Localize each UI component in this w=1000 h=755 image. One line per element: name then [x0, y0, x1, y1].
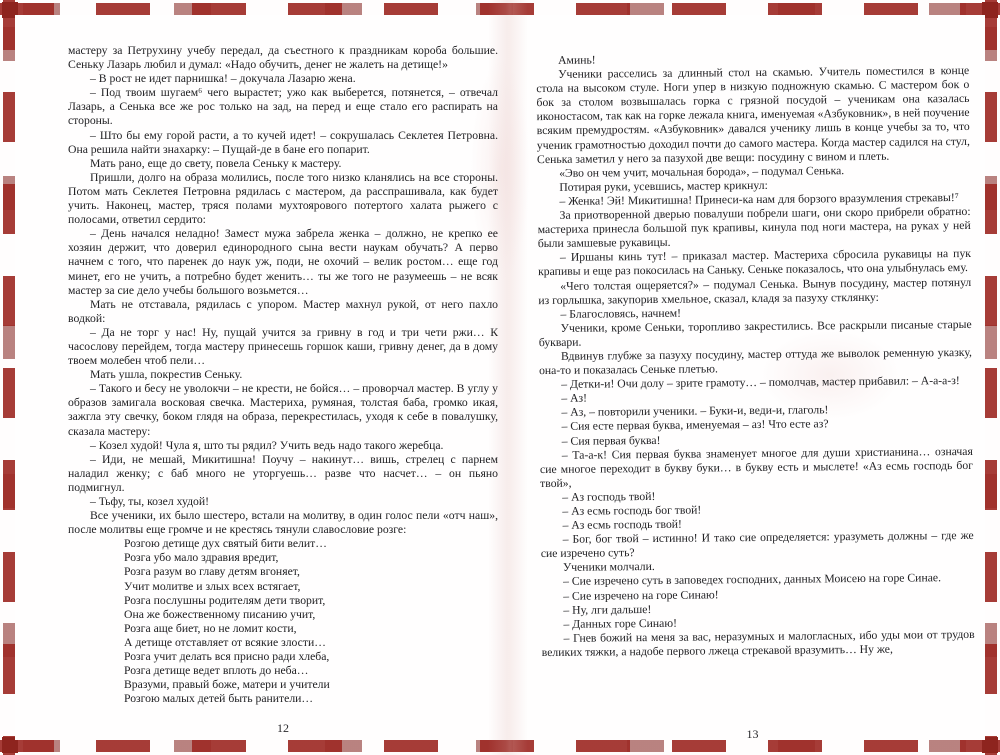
verse-line: Розга послушны родителям дети творит,	[68, 594, 498, 608]
page-left-text: мастеру за Петрухину учебу передал, да с…	[68, 44, 498, 537]
paragraph: Вдвинув глубже за пазуху посудину, масте…	[539, 346, 972, 378]
verse-line: Учит молитве и злых всех встягает,	[68, 580, 498, 594]
ornamental-border-top	[0, 3, 1000, 15]
paragraph: – Иди, не мешай, Микитишна! Поучу – наки…	[68, 453, 498, 495]
paragraph: – Да не торг у нас! Ну, пущай учится за …	[68, 326, 498, 368]
verse-line: Она же божественному писанию учит,	[68, 608, 498, 622]
paragraph: – Иршаны кинь тут! – приказал мастер. Ма…	[538, 247, 971, 279]
paragraph: – Под твоим шугаем⁶ чего вырастет; ужо к…	[68, 86, 498, 128]
page-number-left: 12	[68, 721, 498, 736]
paragraph: За приотворенной дверью повалуши побрели…	[537, 205, 970, 251]
verse-line: Розга убо мало здравия вредит,	[68, 551, 498, 565]
verse-line: Розгою малых детей быть ранители…	[68, 692, 498, 706]
paragraph: – Гнев божий на меня за вас, неразумных …	[542, 628, 975, 660]
verse-line: Розга аще биет, но не ломит кости,	[68, 622, 498, 636]
paragraph: Ученики, кроме Сеньки, торопливо закрест…	[539, 318, 972, 350]
verse-line: Розга разум во главу детям вгоняет,	[68, 565, 498, 579]
paragraph: Мать рано, еще до свету, повела Сеньку к…	[68, 157, 498, 171]
page-right: Аминь!Ученики расселись за длинный стол …	[536, 50, 975, 660]
page-left: мастеру за Петрухину учебу передал, да с…	[68, 44, 498, 706]
paragraph: – Та-а-к! Сия первая буква знаменует мно…	[540, 445, 973, 491]
paragraph: Все ученики, их было шестеро, встали на …	[68, 509, 498, 537]
ornamental-border-left	[3, 0, 15, 755]
paragraph: – В рост не идет парнишка! – докучала Ла…	[68, 72, 498, 86]
paragraph: «Чего толстая ощеряется?» – подумал Сень…	[538, 275, 971, 307]
book-scan: { "decor": { "border_color": "#9e2b26", …	[0, 0, 1000, 755]
paragraph: мастеру за Петрухину учебу передал, да с…	[68, 44, 498, 72]
verse-line: А детище отставляет от всякие злости…	[68, 636, 498, 650]
paragraph: Мать не отставала, рядилась с упором. Ма…	[68, 298, 498, 326]
verse-line: Розгою детище дух святый бити велит…	[68, 537, 498, 551]
paragraph: – Козел худой! Чула я, што ты рядил? Учи…	[68, 439, 498, 453]
paragraph: – Такого и бесу не уволокчи – не крести,…	[68, 382, 498, 438]
paragraph: – Тьфу, ты, козел худой!	[68, 495, 498, 509]
paragraph: – Бог, бог твой – истинно! И тако сие оп…	[541, 529, 974, 561]
paragraph: Ученики расселись за длинный стол на ска…	[536, 64, 970, 167]
ornamental-border-right	[985, 0, 997, 755]
verse-line: Розга детище ведет вплоть до неба…	[68, 664, 498, 678]
paragraph: – Што бы ему горой расти, а то кучей иде…	[68, 129, 498, 157]
page-number-right: 13	[536, 727, 969, 742]
rod-verse: Розгою детище дух святый бити велит…Розг…	[68, 537, 498, 706]
page-right-text: Аминь!Ученики расселись за длинный стол …	[536, 50, 975, 660]
paragraph: – День начался неладно! Замест мужа забр…	[68, 227, 498, 297]
paragraph: Пришли, долго на образа молились, после …	[68, 171, 498, 227]
verse-line: Розга учит делать вся присно ради хлеба,	[68, 650, 498, 664]
paragraph: Мать ушла, покрестив Сеньку.	[68, 368, 498, 382]
verse-line: Вразуми, правый боже, матери и учители	[68, 678, 498, 692]
